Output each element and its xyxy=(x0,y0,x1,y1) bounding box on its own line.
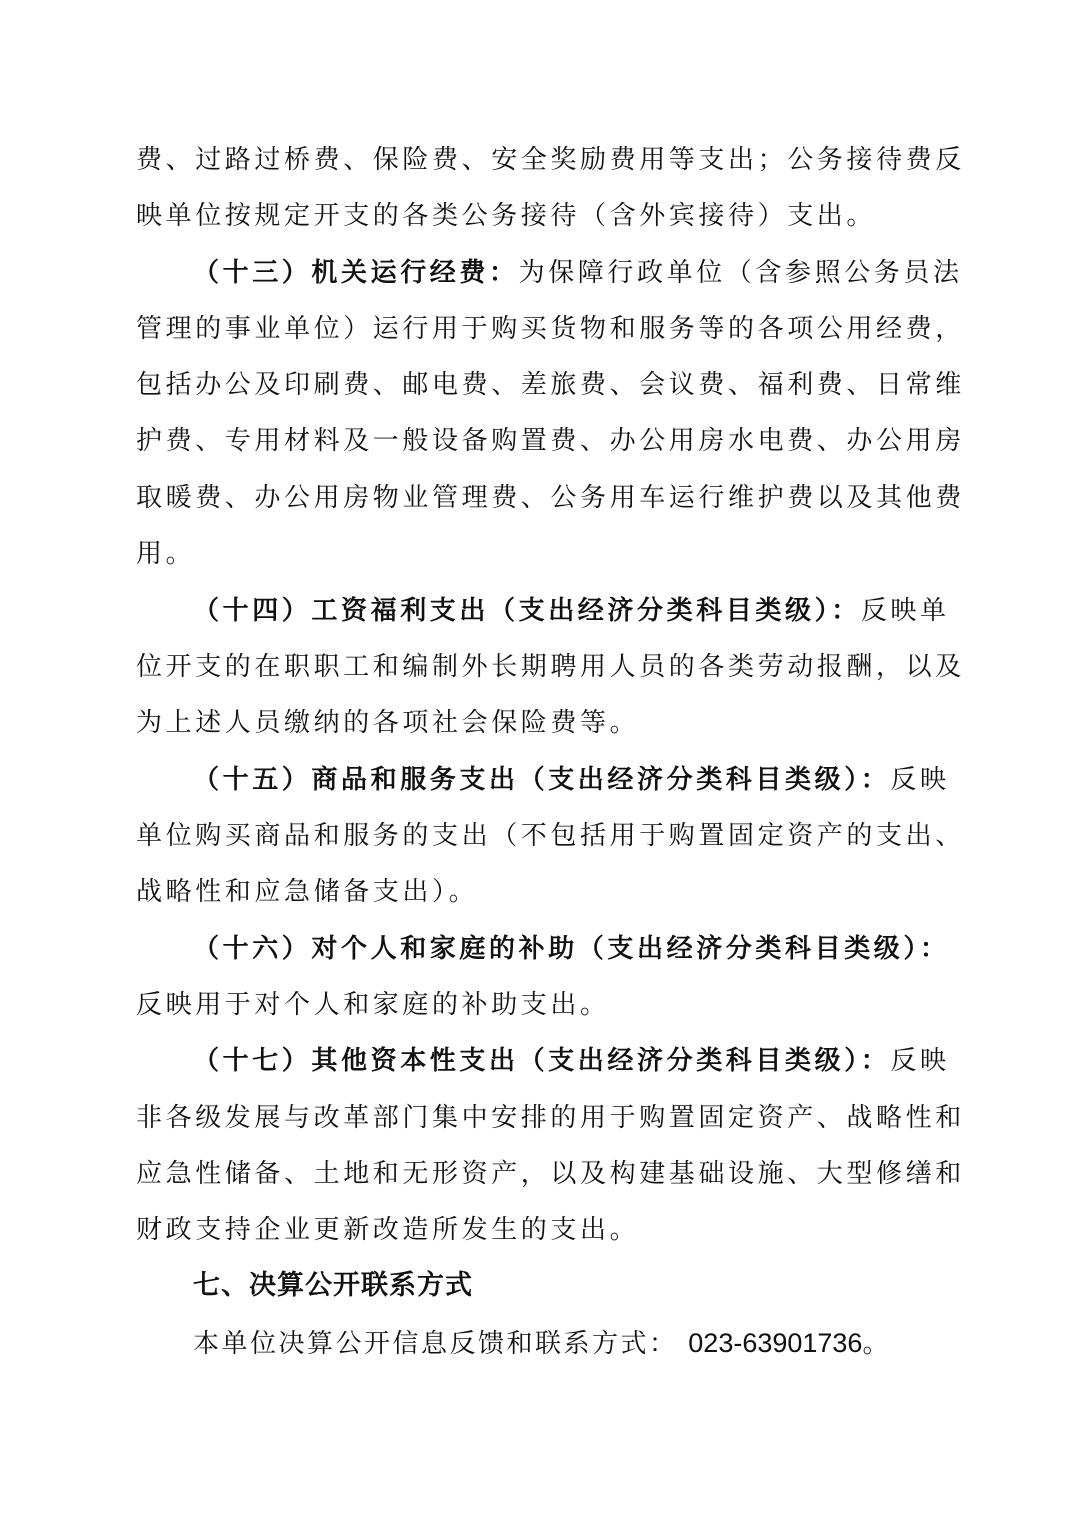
paragraph-line: 包括办公及印刷费、邮电费、差旅费、会议费、福利费、日常维 xyxy=(136,365,965,405)
contact-label: 本单位决算公开信息反馈和联系方式： xyxy=(193,1329,678,1359)
item-14-text: 反映单 xyxy=(861,596,950,626)
paragraph-line: 单位购买商品和服务的支出（不包括用于购置固定资产的支出、 xyxy=(136,816,965,856)
item-15-first-line: （十五）商品和服务支出（支出经济分类科目类级）：反映 xyxy=(193,760,950,800)
paragraph-line: 取暖费、办公用房物业管理费、公务用车运行维护费以及其他费 xyxy=(136,478,965,518)
item-14-label: （十四）工资福利支出（支出经济分类科目类级）： xyxy=(193,596,861,626)
item-15-text: 反映 xyxy=(890,765,949,795)
end-punctuation: 。 xyxy=(862,1329,891,1359)
paragraph-line: 应急性储备、土地和无形资产，以及构建基础设施、大型修缮和 xyxy=(136,1154,965,1194)
phone-number: 023-63901736 xyxy=(688,1328,862,1358)
item-13-first-line: （十三）机关运行经费：为保障行政单位（含参照公务员法 xyxy=(193,253,963,293)
paragraph-line: 位开支的在职职工和编制外长期聘用人员的各类劳动报酬，以及 xyxy=(136,647,965,687)
paragraph-line: 护费、专用材料及一般设备购置费、办公用房水电费、办公用房 xyxy=(136,421,965,461)
paragraph-line: 为上述人员缴纳的各项社会保险费等。 xyxy=(136,703,639,743)
section-heading: 七、决算公开联系方式 xyxy=(193,1266,473,1306)
contact-line: 本单位决算公开信息反馈和联系方式： 023-63901736。 xyxy=(193,1323,891,1363)
item-16-first-line: （十六）对个人和家庭的补助（支出经济分类科目类级）： xyxy=(193,929,950,969)
item-17-label: （十七）其他资本性支出（支出经济分类科目类级）： xyxy=(193,1046,890,1076)
paragraph-line: 非各级发展与改革部门集中安排的用于购置固定资产、战略性和 xyxy=(136,1098,965,1138)
paragraph-line: 用。 xyxy=(136,534,195,574)
paragraph-line: 战略性和应急储备支出）。 xyxy=(136,872,478,912)
paragraph-line: 反映用于对个人和家庭的补助支出。 xyxy=(136,985,610,1025)
paragraph-line: 财政支持企业更新改造所发生的支出。 xyxy=(136,1210,639,1250)
paragraph-line: 管理的事业单位）运行用于购买货物和服务等的各项公用经费， xyxy=(136,309,965,349)
item-14-first-line: （十四）工资福利支出（支出经济分类科目类级）：反映单 xyxy=(193,591,950,631)
item-13-text: 为保障行政单位（含参照公务员法 xyxy=(519,258,963,288)
item-17-text: 反映 xyxy=(890,1046,949,1076)
item-13-label: （十三）机关运行经费： xyxy=(193,258,519,288)
item-17-first-line: （十七）其他资本性支出（支出经济分类科目类级）：反映 xyxy=(193,1041,950,1081)
item-15-label: （十五）商品和服务支出（支出经济分类科目类级）： xyxy=(193,765,890,795)
paragraph-line: 映单位按规定开支的各类公务接待（含外宾接待）支出。 xyxy=(136,196,876,236)
paragraph-line: 费、过路过桥费、保险费、安全奖励费用等支出；公务接待费反 xyxy=(136,140,965,180)
item-16-label: （十六）对个人和家庭的补助（支出经济分类科目类级）： xyxy=(193,934,950,964)
